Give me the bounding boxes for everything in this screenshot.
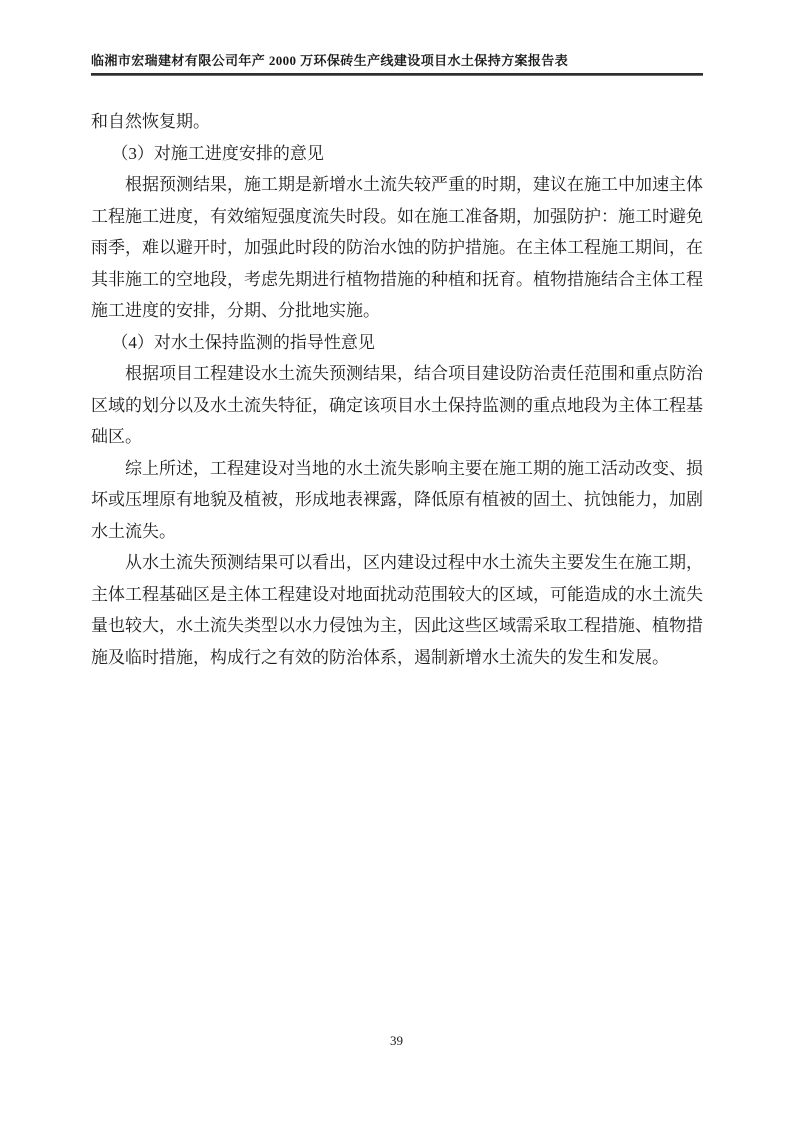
paragraph: 根据预测结果，施工期是新增水土流失较严重的时期，建议在施工中加速主体工程施工进度… — [91, 169, 703, 327]
paragraph: 从水土流失预测结果可以看出，区内建设过程中水土流失主要发生在施工期，主体工程基础… — [91, 547, 703, 673]
header-title: 临湘市宏瑞建材有限公司年产 2000 万环保砖生产线建设项目水土保持方案报告表 — [91, 52, 703, 73]
document-body: 和自然恢复期。 （3）对施工进度安排的意见 根据预测结果，施工期是新增水土流失较… — [91, 106, 703, 673]
paragraph-continuation: 和自然恢复期。 — [91, 106, 703, 138]
document-page: 临湘市宏瑞建材有限公司年产 2000 万环保砖生产线建设项目水土保持方案报告表 … — [0, 0, 793, 1122]
header-rule-divider — [91, 73, 703, 76]
paragraph: 综上所述，工程建设对当地的水土流失影响主要在施工期的施工活动改变、损坏或压埋原有… — [91, 453, 703, 548]
section-heading-4: （4）对水土保持监测的指导性意见 — [91, 327, 703, 359]
page-number: 39 — [390, 1033, 403, 1048]
paragraph: 根据项目工程建设水土流失预测结果，结合项目建设防治责任范围和重点防治区域的划分以… — [91, 358, 703, 453]
page-header: 临湘市宏瑞建材有限公司年产 2000 万环保砖生产线建设项目水土保持方案报告表 — [91, 52, 703, 76]
page-footer: 39 — [0, 1033, 793, 1049]
section-heading-3: （3）对施工进度安排的意见 — [91, 138, 703, 170]
